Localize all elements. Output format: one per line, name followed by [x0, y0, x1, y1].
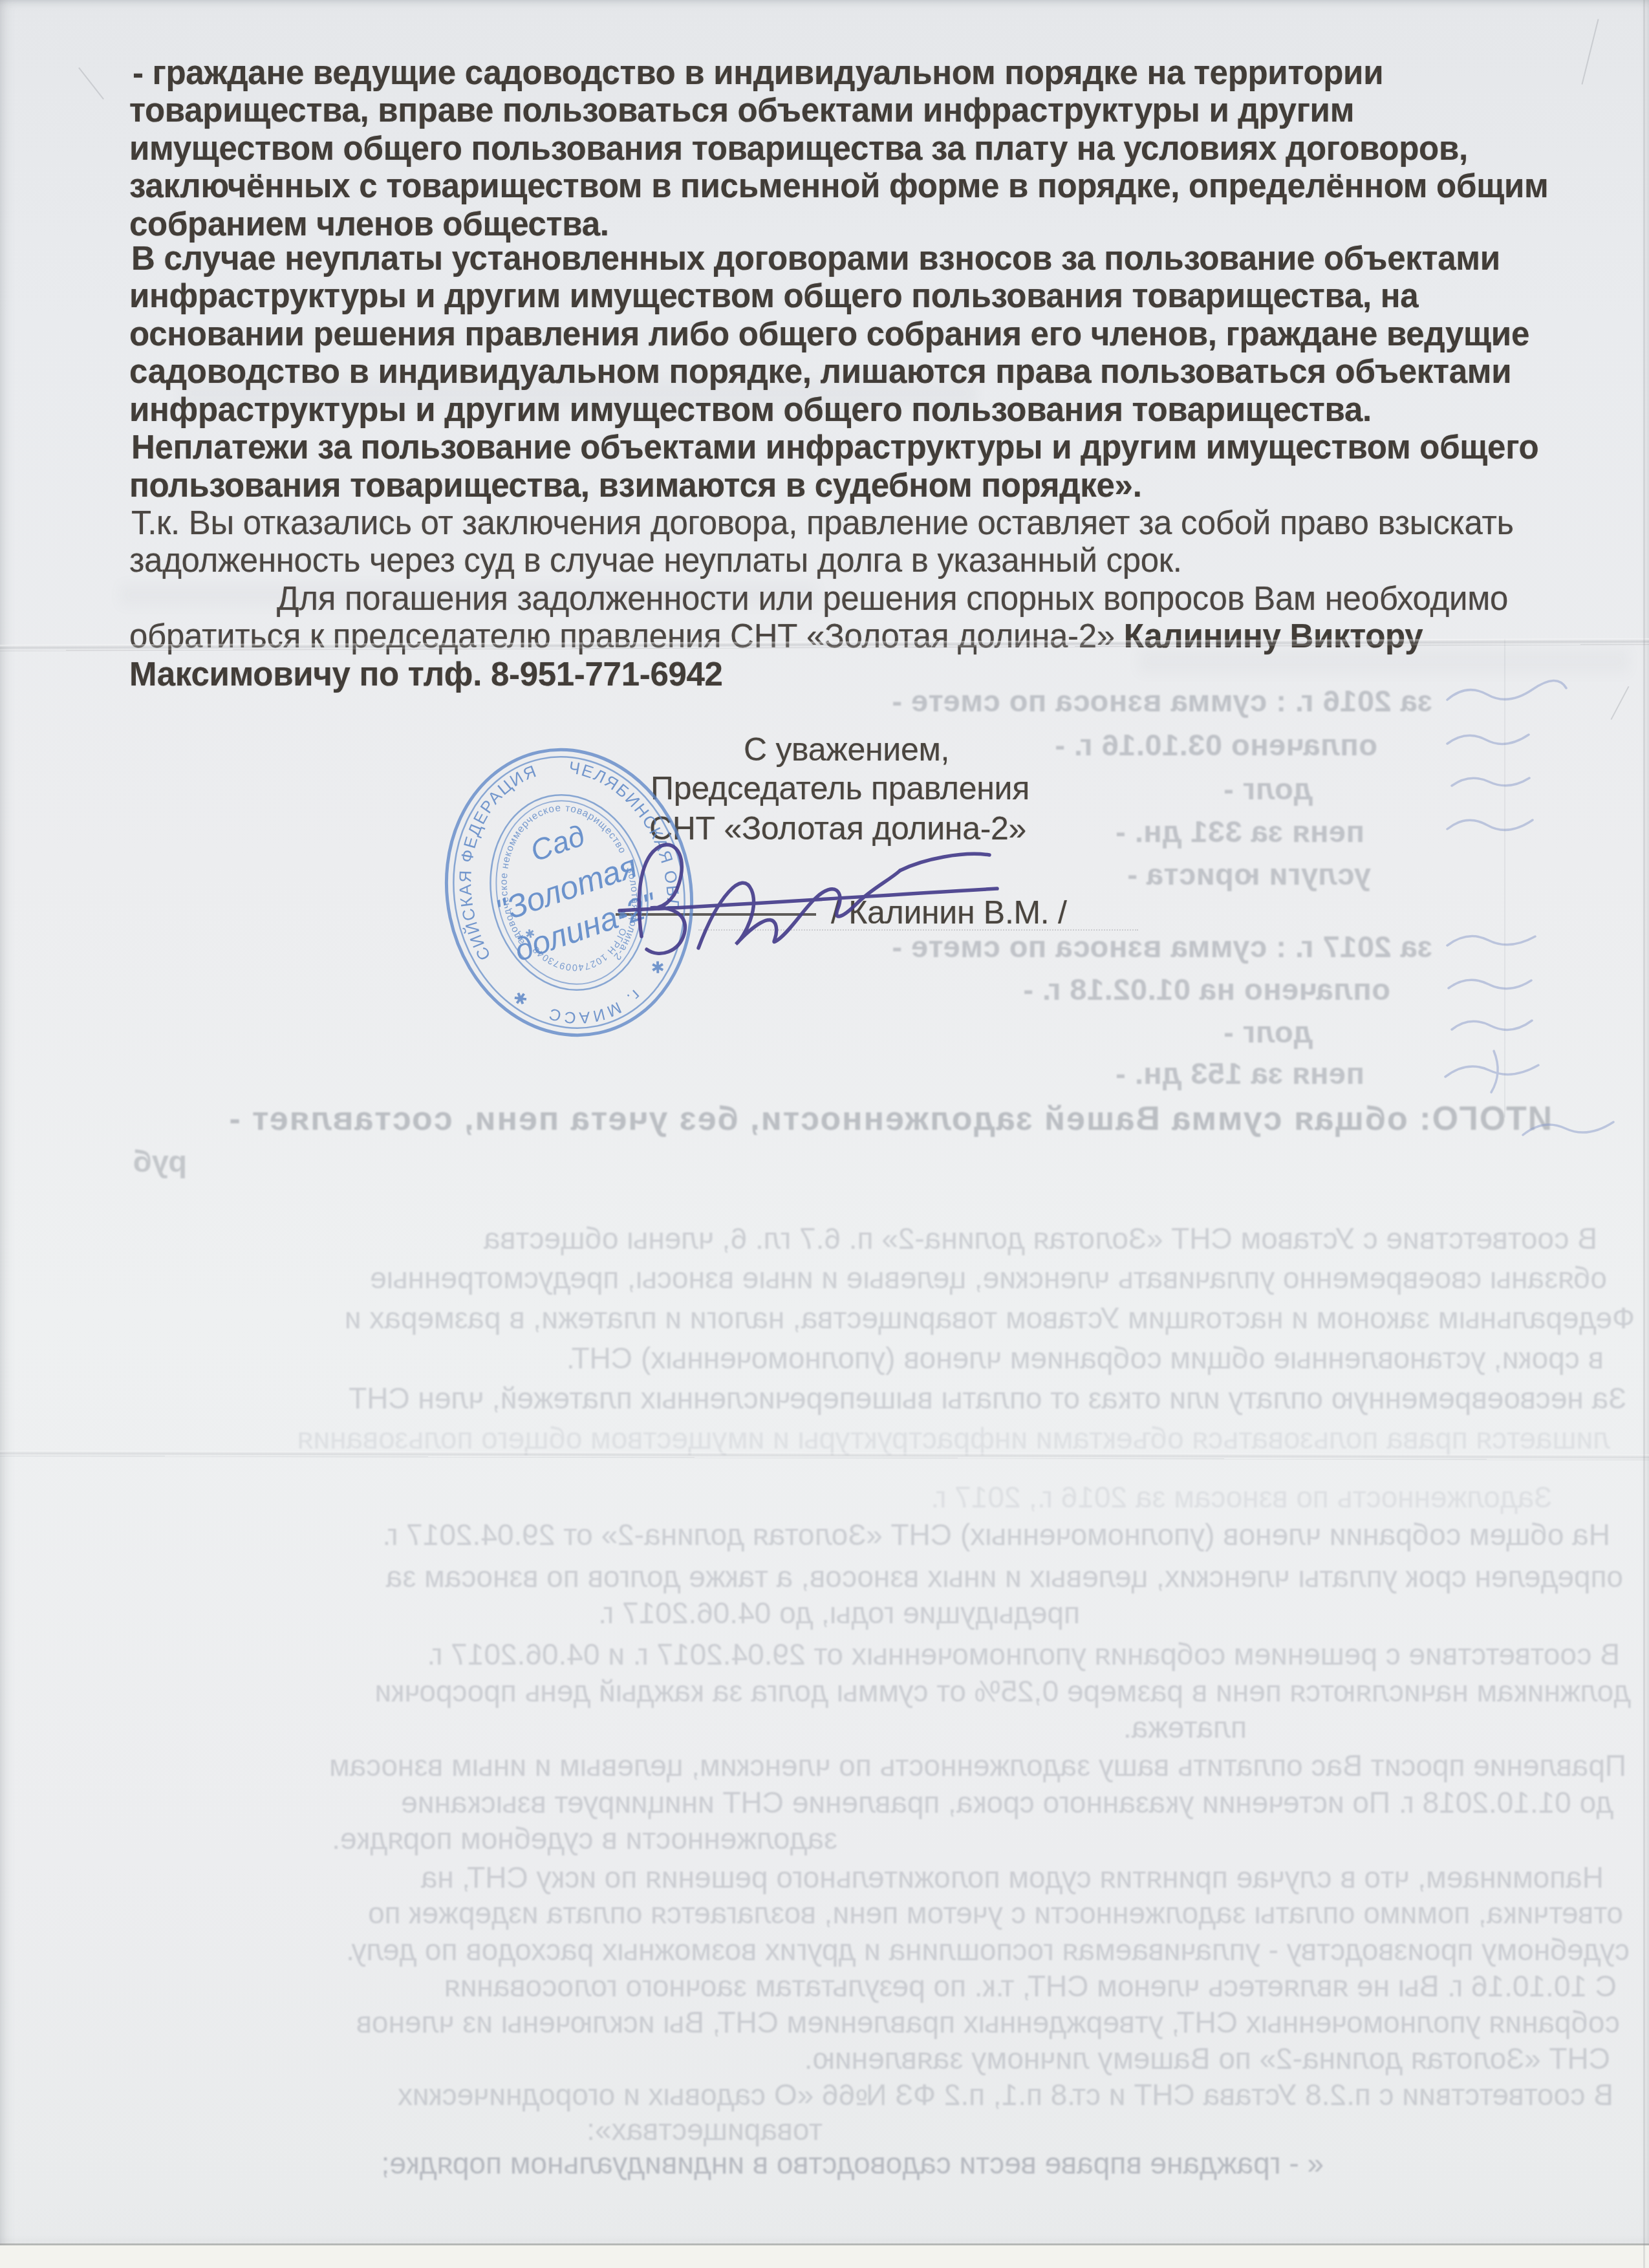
page-edge	[1643, 0, 1645, 2268]
letter-body-line: товарищества, вправе пользоваться объект…	[129, 91, 1354, 129]
letter-body-line: собранием членов общества.	[129, 205, 609, 243]
letter-body-line: Максимовичу по тлф. 8-951-771-6942	[129, 655, 723, 693]
letter-body-line: обратиться к председателю правления СНТ …	[129, 617, 1423, 655]
letter-body-line: В случае неуплаты установленных договора…	[131, 239, 1500, 277]
scanned-letter-page: В соответствие с Уставом СНТ «Золотая до…	[0, 0, 1649, 2268]
letter-body-line: пользования товарищества, взимаются в су…	[129, 466, 1142, 504]
letter-body-line: садоводство в индивидуальном порядке, ли…	[129, 352, 1511, 391]
letter-body-line: инфраструктуры и другим имуществом общег…	[129, 391, 1372, 429]
letter-body-line: задолженность через суд в случае неуплат…	[129, 541, 1182, 579]
letter-body-line: Т.к. Вы отказались от заключения договор…	[131, 504, 1514, 542]
handwritten-signature	[601, 841, 1028, 1009]
letter-body-line: Неплатежи за пользование объектами инфра…	[131, 428, 1538, 466]
letter-body-line: инфраструктуры и другим имуществом общег…	[129, 277, 1418, 315]
scanner-background	[0, 2245, 1649, 2268]
closing-salutation: С уважением,	[744, 731, 949, 768]
letter-body-line: имуществом общего пользования товарищест…	[129, 129, 1468, 167]
letter-body-line: заключённых с товариществом в письменной…	[129, 167, 1548, 205]
letter-body-line: основании решения правления либо общего …	[129, 315, 1529, 353]
letter-body-line: Для погашения задолженности или решения …	[277, 579, 1508, 618]
scanner-streak	[1504, 639, 1505, 1118]
letter-body-line: - граждане ведущие садоводство в индивид…	[133, 54, 1383, 92]
stamp-center-line: Сад	[526, 818, 589, 868]
